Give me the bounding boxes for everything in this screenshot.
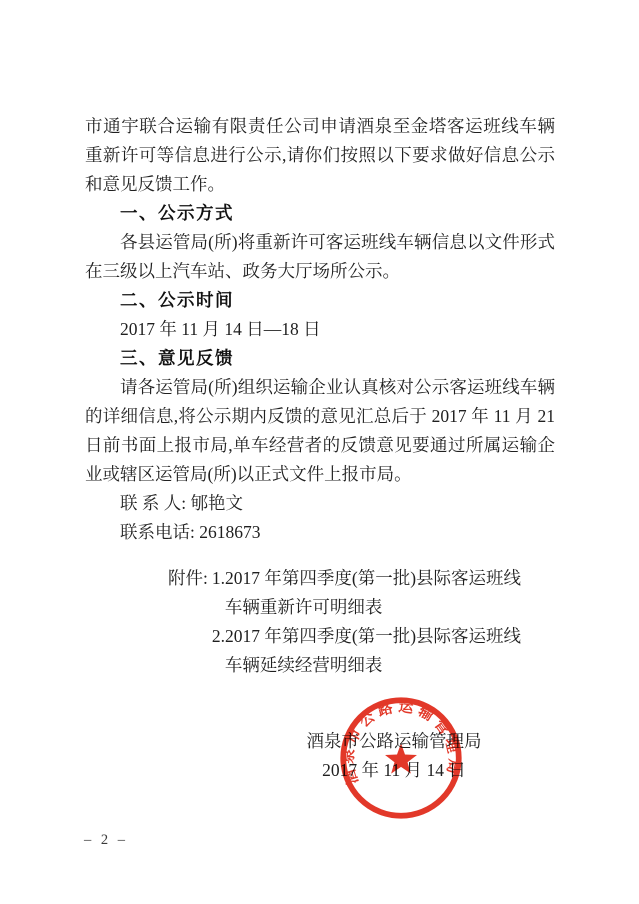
section-3-heading: 三、意见反馈	[85, 344, 555, 373]
document-page: 市通宇联合运输有限责任公司申请酒泉至金塔客运班线车辆重新许可等信息进行公示,请你…	[0, 0, 639, 904]
signature-block: 酒泉市公路运输管理局 2017 年 11 月 14 日	[304, 727, 484, 785]
attachment-items: 1.2017 年第四季度(第一批)县际客运班线 车辆重新许可明细表 2.2017…	[212, 564, 555, 680]
section-2-heading: 二、公示时间	[85, 286, 555, 315]
contact-person-line: 联 系 人: 郇艳文	[85, 489, 555, 518]
contact-phone-line: 联系电话: 2618673	[85, 518, 555, 547]
section-1-heading: 一、公示方式	[85, 199, 555, 228]
section-1-body: 各县运管局(所)将重新许可客运班线车辆信息以文件形式在三级以上汽车站、政务大厅场…	[85, 228, 555, 286]
section-3-body: 请各运管局(所)组织运输企业认真核对公示客运班线车辆的详细信息,将公示期内反馈的…	[85, 373, 555, 489]
attachment-item-2-line-2: 车辆延续经营明细表	[212, 651, 555, 680]
section-2-body: 2017 年 11 月 14 日—18 日	[85, 315, 555, 344]
intro-paragraph: 市通宇联合运输有限责任公司申请酒泉至金塔客运班线车辆重新许可等信息进行公示,请你…	[85, 112, 555, 199]
page-number: – 2 –	[84, 830, 128, 850]
attachment-item-1-line-2: 车辆重新许可明细表	[212, 593, 555, 622]
attachment-item-2-line-1: 2.2017 年第四季度(第一批)县际客运班线	[212, 622, 555, 651]
signature-date: 2017 年 11 月 14 日	[304, 756, 484, 785]
signature-org: 酒泉市公路运输管理局	[304, 727, 484, 756]
attachment-block: 附件: 1.2017 年第四季度(第一批)县际客运班线 车辆重新许可明细表 2.…	[168, 564, 555, 680]
attachment-label: 附件:	[168, 564, 208, 680]
attachment-item-1-line-1: 1.2017 年第四季度(第一批)县际客运班线	[212, 564, 555, 593]
document-body: 市通宇联合运输有限责任公司申请酒泉至金塔客运班线车辆重新许可等信息进行公示,请你…	[85, 112, 555, 680]
